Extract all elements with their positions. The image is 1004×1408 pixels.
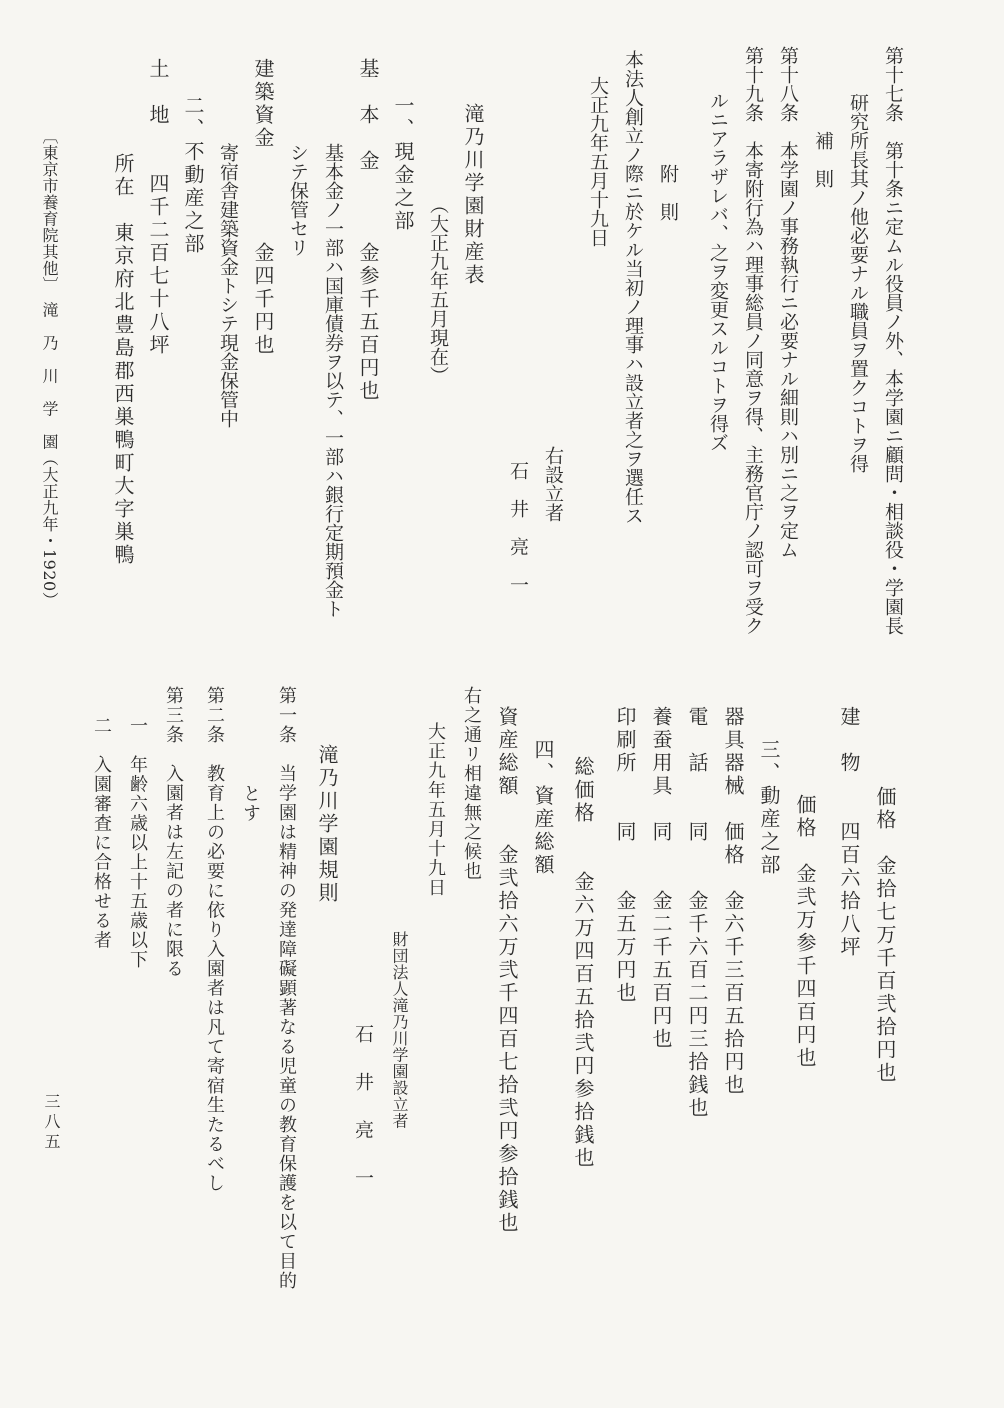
- text-column: 右之通リ相違無之候也: [453, 686, 489, 1310]
- text-column: 三、動産之部: [751, 686, 787, 1310]
- text-column: 附 則: [650, 46, 685, 650]
- text-column: 総価格 金六万四百五拾弐円参拾銭也: [565, 686, 601, 1310]
- text-column: 第十九条 本寄附行為ハ理事総員ノ同意ヲ得、主務官庁ノ認可ヲ受ク: [735, 46, 770, 650]
- text-column: 第一条 当学園は精神の発達障礙顕著なる児童の教育保護を以て目的: [268, 686, 304, 1310]
- text-column: 四、資産総額: [525, 686, 561, 1310]
- text-column: 石井亮一: [345, 686, 381, 1310]
- text-column: 第三条 入園者は左記の者に限る: [155, 686, 191, 1310]
- text-column: （大正九年五月現在）: [420, 46, 455, 650]
- text-column: 本法人創立ノ際ニ於ケル当初ノ理事ハ設立者之ヲ選任ス: [615, 46, 650, 650]
- text-column: 寄宿舎建築資金トシテ現金保管中: [210, 46, 245, 650]
- text-column: 滝乃川学園財産表: [455, 46, 490, 650]
- text-column: 建 物 四百六拾八坪: [831, 686, 867, 1310]
- text-column: 大正九年五月十九日: [580, 46, 615, 650]
- text-column: 大正九年五月十九日: [417, 686, 453, 1310]
- text-column: 器具器械 価格 金六千三百五拾円也: [715, 686, 751, 1310]
- text-column: 右設立者: [535, 46, 570, 650]
- text-column: シテ保管セリ: [280, 46, 315, 650]
- top-text-block: 第十七条 第十条ニ定ムル役員ノ外、本学園ニ顧問・相談役・学園長研究所長其ノ他必要…: [105, 46, 910, 650]
- text-column: とす: [232, 686, 268, 1310]
- text-column: 土 地 四千二百七十八坪: [140, 46, 175, 650]
- text-column: 一 年齢六歳以上十五歳以下: [119, 686, 155, 1310]
- bottom-text-block: 価格 金拾七万千百弐拾円也建 物 四百六拾八坪価格 金弐万参千四百円也三、動産之…: [83, 686, 903, 1310]
- text-column: 補 則: [805, 46, 840, 650]
- text-column: 石井亮一: [500, 46, 535, 650]
- text-column: 一、現金之部: [385, 46, 420, 650]
- text-column: 滝乃川学園規則: [309, 686, 345, 1310]
- text-column: 所在 東京府北豊島郡西巣鴨町大字巣鴨: [105, 46, 140, 650]
- running-header: 〔東京市養育院其他〕 滝 乃 川 学 園（大正九年・1920）: [36, 128, 62, 658]
- text-column: 印刷所 同 金五万円也: [607, 686, 643, 1310]
- text-column: 価格 金弐万参千四百円也: [787, 686, 823, 1310]
- scanned-book-page: 〔東京市養育院其他〕 滝 乃 川 学 園（大正九年・1920） 第十七条 第十条…: [0, 0, 1004, 1408]
- text-column: 第十七条 第十条ニ定ムル役員ノ外、本学園ニ顧問・相談役・学園長: [875, 46, 910, 650]
- text-column: 財団法人滝乃川学園設立者: [381, 686, 417, 1310]
- text-column: 電 話 同 金千六百二円三拾銭也: [679, 686, 715, 1310]
- text-column: 基本金ノ一部ハ国庫債券ヲ以テ、一部ハ銀行定期預金ト: [315, 46, 350, 650]
- text-column: 第二条 教育上の必要に依り入園者は凡て寄宿生たるべし: [196, 686, 232, 1310]
- text-column: 価格 金拾七万千百弐拾円也: [867, 686, 903, 1310]
- text-column: 建築資金 金四千円也: [245, 46, 280, 650]
- text-column: 養蚕用具 同 金二千五百円也: [643, 686, 679, 1310]
- text-column: ルニアラザレバ、之ヲ変更スルコトヲ得ズ: [700, 46, 735, 650]
- text-column: 資産総額 金弐拾六万弐千四百七拾弐円参拾銭也: [489, 686, 525, 1310]
- text-column: 二、不動産之部: [175, 46, 210, 650]
- text-column: 第十八条 本学園ノ事務執行ニ必要ナル細則ハ別ニ之ヲ定ム: [770, 46, 805, 650]
- text-column: 基 本 金 金参千五百円也: [350, 46, 385, 650]
- text-column: 二 入園審査に合格せる者: [83, 686, 119, 1310]
- text-column: 研究所長其ノ他必要ナル職員ヲ置クコトヲ得: [840, 46, 875, 650]
- page-number: 三八五: [40, 1093, 62, 1213]
